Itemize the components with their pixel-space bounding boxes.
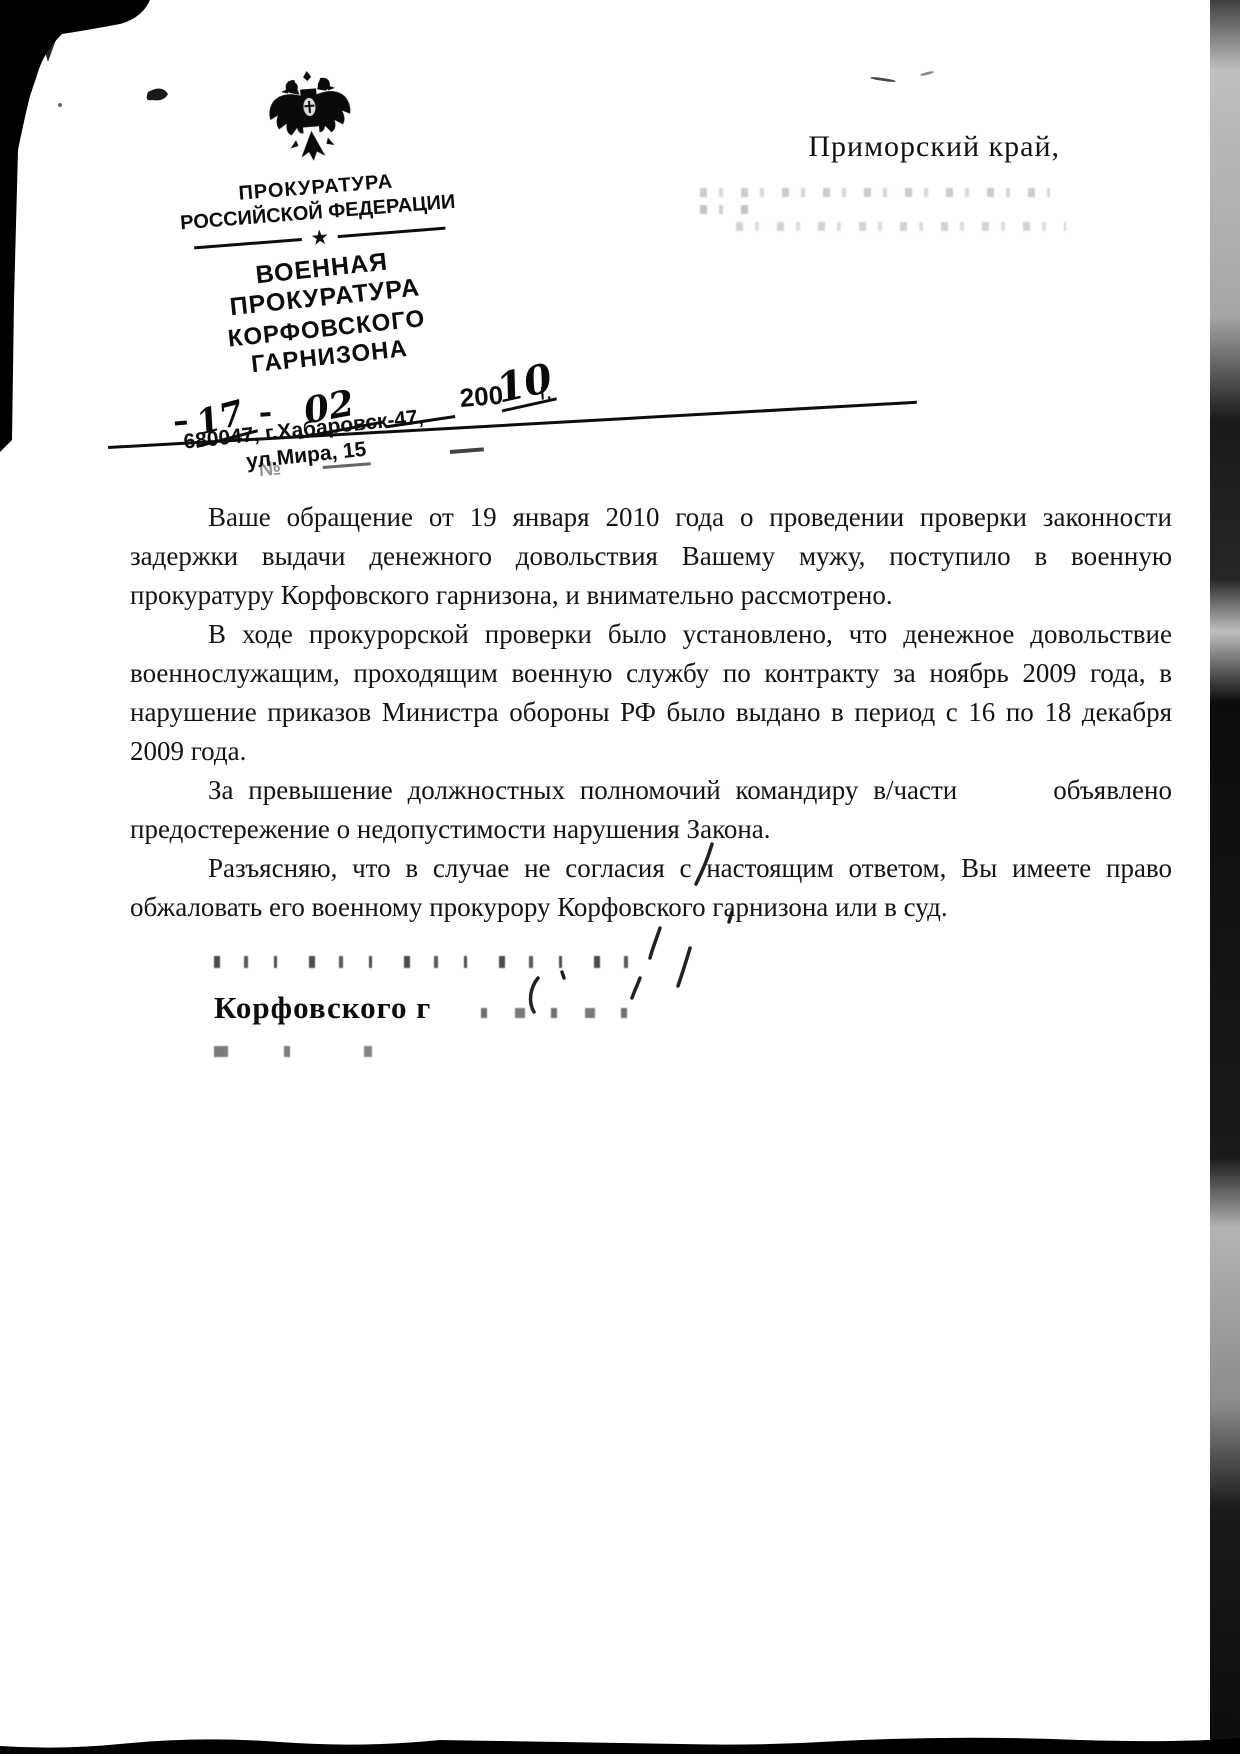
scanned-letter-page: ПРОКУРАТУРА РОССИЙСКОЙ ФЕДЕРАЦИИ ★ ВОЕНН… — [0, 0, 1240, 1754]
addressee-region: Приморский край, — [660, 130, 1060, 164]
faded-signature-rank-line — [214, 1046, 514, 1057]
stray-pen-mark-2 — [920, 70, 934, 76]
star-icon: ★ — [311, 228, 329, 247]
signature-org-fragment: Корфовского г — [214, 990, 645, 1026]
paragraph-3: За превышение должностных полномочий ком… — [130, 771, 1172, 849]
number-blank-dash-2 — [450, 447, 484, 454]
stray-pen-mark — [870, 76, 896, 83]
faded-signature-title-line — [214, 956, 646, 968]
date-year-suffix: г. — [539, 378, 554, 407]
paragraph-1: Ваше обращение от 19 января 2010 года о … — [130, 498, 1172, 615]
signature-org-text: Корфовского г — [214, 990, 431, 1025]
addressee-block: Приморский край, — [660, 130, 1060, 164]
faded-addressee-line — [700, 188, 1050, 197]
scan-bottom-strip — [0, 1732, 1240, 1754]
divider-bar-right — [338, 226, 446, 237]
scan-edge-fade — [1206, 0, 1240, 1754]
faded-signature-fragment — [455, 1008, 645, 1018]
paragraph-3-text: За превышение должностных полномочий ком… — [208, 775, 957, 805]
paragraph-4: Разъясняю, что в случае не согласия с на… — [130, 849, 1172, 927]
date-dash-mid — [260, 412, 270, 417]
faded-addressee-line-2 — [736, 222, 1066, 231]
divider-bar-left — [194, 237, 302, 248]
russia-coat-of-arms-icon — [261, 65, 361, 174]
letter-body: Ваше обращение от 19 января 2010 года о … — [130, 498, 1172, 927]
paragraph-2: В ходе прокурорской проверки было устано… — [130, 615, 1172, 771]
faded-addressee-fragment — [700, 205, 760, 214]
scan-edge-noise — [1206, 0, 1240, 1754]
date-dash-left — [175, 421, 187, 426]
